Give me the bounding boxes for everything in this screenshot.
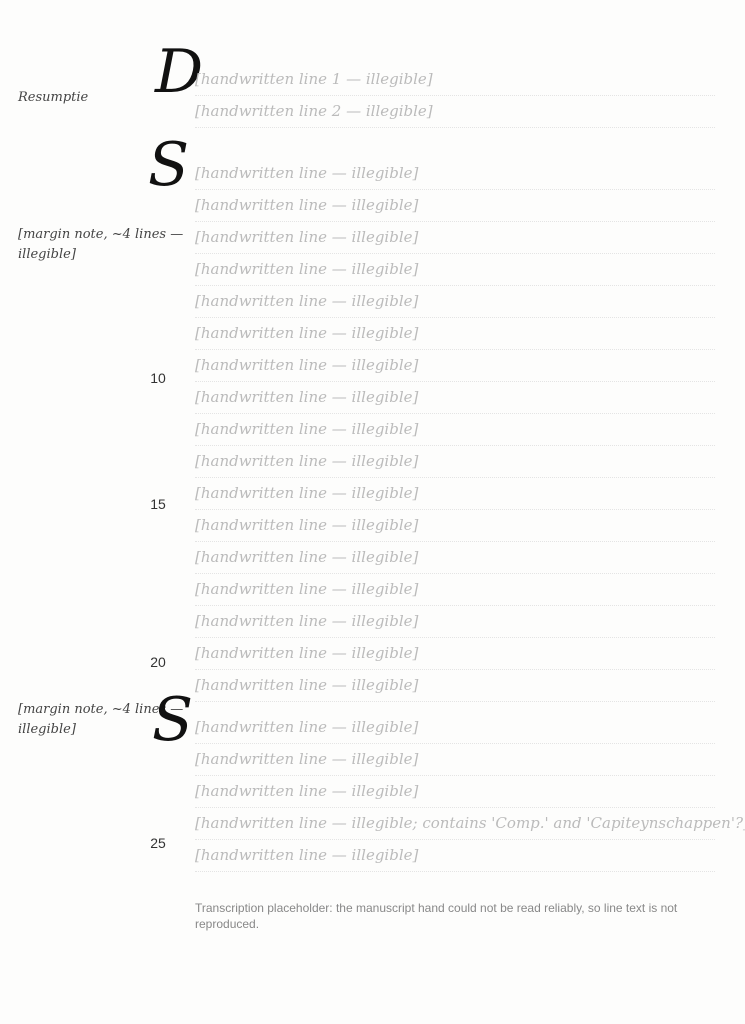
- text-line: [handwritten line — illegible]: [195, 382, 715, 414]
- paragraph-2: [handwritten line — illegible] [handwrit…: [195, 158, 715, 702]
- text-line: [handwritten line — illegible]: [195, 712, 715, 744]
- paragraph-1: [handwritten line 1 — illegible] [handwr…: [195, 64, 715, 128]
- text-line: [handwritten line — illegible]: [195, 670, 715, 702]
- text-line: [handwritten line — illegible]: [195, 446, 715, 478]
- text-line: [handwritten line — illegible]: [195, 840, 715, 872]
- text-line: [handwritten line — illegible; contains …: [195, 808, 715, 840]
- text-line: [handwritten line — illegible]: [195, 744, 715, 776]
- text-line: [handwritten line — illegible]: [195, 606, 715, 638]
- decorated-initial-3: S: [152, 690, 193, 750]
- text-line: [handwritten line 1 — illegible]: [195, 64, 715, 96]
- text-line: [handwritten line — illegible]: [195, 254, 715, 286]
- line-number-20: 20: [138, 654, 178, 670]
- text-line: [handwritten line — illegible]: [195, 776, 715, 808]
- text-line: [handwritten line — illegible]: [195, 574, 715, 606]
- text-line: [handwritten line — illegible]: [195, 318, 715, 350]
- text-line: [handwritten line — illegible]: [195, 478, 715, 510]
- margin-note-2: [margin note, ~4 lines — illegible]: [18, 225, 188, 265]
- manuscript-page: Resumptie [margin note, ~4 lines — illeg…: [0, 0, 745, 1024]
- text-line: [handwritten line — illegible]: [195, 414, 715, 446]
- line-number-15: 15: [138, 496, 178, 512]
- text-line: [handwritten line — illegible]: [195, 190, 715, 222]
- text-line: [handwritten line — illegible]: [195, 638, 715, 670]
- paragraph-3: [handwritten line — illegible] [handwrit…: [195, 712, 715, 872]
- text-line: [handwritten line — illegible]: [195, 350, 715, 382]
- line-number-10: 10: [138, 370, 178, 386]
- text-line: [handwritten line — illegible]: [195, 286, 715, 318]
- text-line: [handwritten line 2 — illegible]: [195, 96, 715, 128]
- line-number-25: 25: [138, 835, 178, 851]
- decorated-initial-2: S: [148, 135, 189, 195]
- transcription-notice: Transcription placeholder: the manuscrip…: [195, 900, 715, 932]
- text-line: [handwritten line — illegible]: [195, 510, 715, 542]
- text-line: [handwritten line — illegible]: [195, 542, 715, 574]
- text-line: [handwritten line — illegible]: [195, 222, 715, 254]
- text-line: [handwritten line — illegible]: [195, 158, 715, 190]
